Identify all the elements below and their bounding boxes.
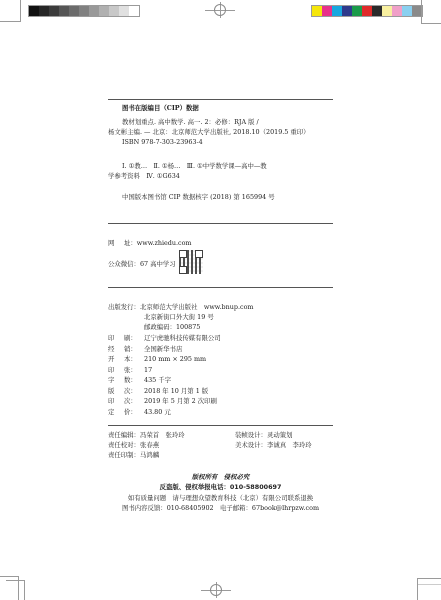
credit-editor: 责任编辑：冯荣首 张玲玲 <box>108 431 185 439</box>
color-swatch <box>362 6 372 16</box>
publishing-detail-row: 版次：2018 年 10 月第 1 版 <box>108 387 208 395</box>
publishing-detail-row: 印刷：辽宁虎驰科技传媒有限公司 <box>108 334 221 342</box>
gray-swatch <box>129 6 139 16</box>
gray-swatch <box>69 6 79 16</box>
registration-mark-top <box>205 2 235 18</box>
gray-swatch <box>39 6 49 16</box>
detail-value: 2018 年 10 月第 1 版 <box>144 387 208 395</box>
detail-label-b: 次： <box>124 387 144 395</box>
detail-value: 辽宁虎驰科技传媒有限公司 <box>144 334 221 342</box>
gray-swatch <box>109 6 119 16</box>
publisher-row: 出版发行： 北京师范大学出版社 www.bnup.com <box>108 303 253 311</box>
detail-value: 435 千字 <box>144 376 171 384</box>
gray-swatch <box>59 6 69 16</box>
detail-label-b: 刷： <box>124 334 144 342</box>
cip-line-4: Ⅰ. ①教… Ⅱ. ①杨… Ⅲ. ①中学数学课—高中—教 <box>122 162 267 170</box>
cip-line-1: 教材划重点. 高中数学. 高一. 2：必修：RJA 版 / <box>122 118 259 126</box>
credit-print-supervisor: 责任印制：马鸿麟 <box>108 451 159 459</box>
wechat-row: 公众微信： 67 高中学习 <box>108 260 176 268</box>
cip-record-number: 中国版本图书馆 CIP 数据核字 (2018) 第 165994 号 <box>122 193 275 201</box>
divider-top <box>108 99 333 100</box>
cip-isbn: ISBN 978-7-303-23963-4 <box>122 138 203 146</box>
color-swatch <box>352 6 362 16</box>
detail-label-b: 数： <box>124 376 144 384</box>
rights-notice: 版权所有 侵权必究 <box>108 473 333 481</box>
detail-label-a: 印 <box>108 397 124 405</box>
gray-swatch <box>49 6 59 16</box>
gray-swatch <box>99 6 109 16</box>
credit-art-design: 美术设计：李诚真 李玲玲 <box>235 441 312 449</box>
detail-value: 全国新华书店 <box>144 345 182 353</box>
color-swatch <box>372 6 382 16</box>
detail-value: 2019 年 5 月第 2 次印刷 <box>144 397 217 405</box>
piracy-hotline: 反盗版、侵权举报电话：010-58800697 <box>108 483 333 491</box>
color-swatch <box>382 6 392 16</box>
publisher-label: 出版发行： <box>108 303 140 311</box>
cip-heading: 图书在版编目（CIP）数据 <box>122 104 199 112</box>
cip-line-5: 学参考资料 Ⅳ. ①G634 <box>108 172 180 180</box>
detail-label-a: 印 <box>108 366 124 374</box>
divider-cip <box>108 223 333 224</box>
wechat-value: 67 高中学习 <box>140 260 176 268</box>
divider-contact <box>108 287 333 288</box>
publishing-detail-row: 经销：全国新华书店 <box>108 345 182 353</box>
website-label-a: 网 <box>108 239 124 247</box>
wechat-label: 公众微信： <box>108 260 140 268</box>
grayscale-color-bar <box>28 5 140 17</box>
divider-publishing <box>108 425 333 426</box>
color-swatch <box>402 6 412 16</box>
detail-label-b: 本： <box>124 355 144 363</box>
publisher-address: 北京新街口外大街 19 号 <box>144 313 214 321</box>
detail-label-a: 版 <box>108 387 124 395</box>
publishing-detail-row: 定价：43.80 元 <box>108 408 171 416</box>
detail-label-a: 经 <box>108 345 124 353</box>
publishing-detail-row: 字数：435 千字 <box>108 376 171 384</box>
detail-label-a: 开 <box>108 355 124 363</box>
detail-value: 210 mm × 295 mm <box>144 355 206 363</box>
color-swatch <box>342 6 352 16</box>
detail-label-a: 字 <box>108 376 124 384</box>
detail-label-a: 定 <box>108 408 124 416</box>
detail-value: 17 <box>144 366 152 374</box>
detail-label-b: 次： <box>124 397 144 405</box>
publishing-detail-row: 开本：210 mm × 295 mm <box>108 355 206 363</box>
publishing-detail-row: 印次：2019 年 5 月第 2 次印刷 <box>108 397 217 405</box>
website-row: 网 址： www.zhiedu.com <box>108 239 192 247</box>
gray-swatch <box>119 6 129 16</box>
wechat-qr-code-icon[interactable] <box>179 250 203 274</box>
detail-label-b: 销： <box>124 345 144 353</box>
feedback-contact: 图书内容反馈：010-68405902 电子邮箱：67book@lhrpzw.c… <box>108 504 333 512</box>
color-swatch <box>392 6 402 16</box>
gray-swatch <box>29 6 39 16</box>
detail-value: 43.80 元 <box>144 408 171 416</box>
color-swatch <box>332 6 342 16</box>
color-swatch <box>322 6 332 16</box>
credit-binding-design: 装帧设计：灵动策划 <box>235 431 293 439</box>
detail-label-b: 价： <box>124 408 144 416</box>
publisher-value: 北京师范大学出版社 www.bnup.com <box>140 303 254 311</box>
gray-swatch <box>89 6 99 16</box>
color-swatch <box>312 6 322 16</box>
website-label-b: 址： <box>124 239 137 247</box>
cip-line-2: 杨文彬主编. — 北京：北京师范大学出版社, 2018.10（2019.5 重印… <box>108 128 310 136</box>
website-url[interactable]: www.zhiedu.com <box>137 239 192 247</box>
detail-label-b: 张： <box>124 366 144 374</box>
registration-mark-bottom <box>201 582 231 598</box>
gray-swatch <box>79 6 89 16</box>
cmyk-color-bar <box>311 5 423 17</box>
quality-notice: 如有质量问题 请与理想众望教育科技（北京）有限公司联系退换 <box>108 494 333 502</box>
publishing-detail-row: 印张：17 <box>108 366 152 374</box>
publisher-postal-code: 邮政编码：100875 <box>144 323 200 331</box>
credit-proofreader: 责任校对：张春燕 <box>108 441 159 449</box>
detail-label-a: 印 <box>108 334 124 342</box>
